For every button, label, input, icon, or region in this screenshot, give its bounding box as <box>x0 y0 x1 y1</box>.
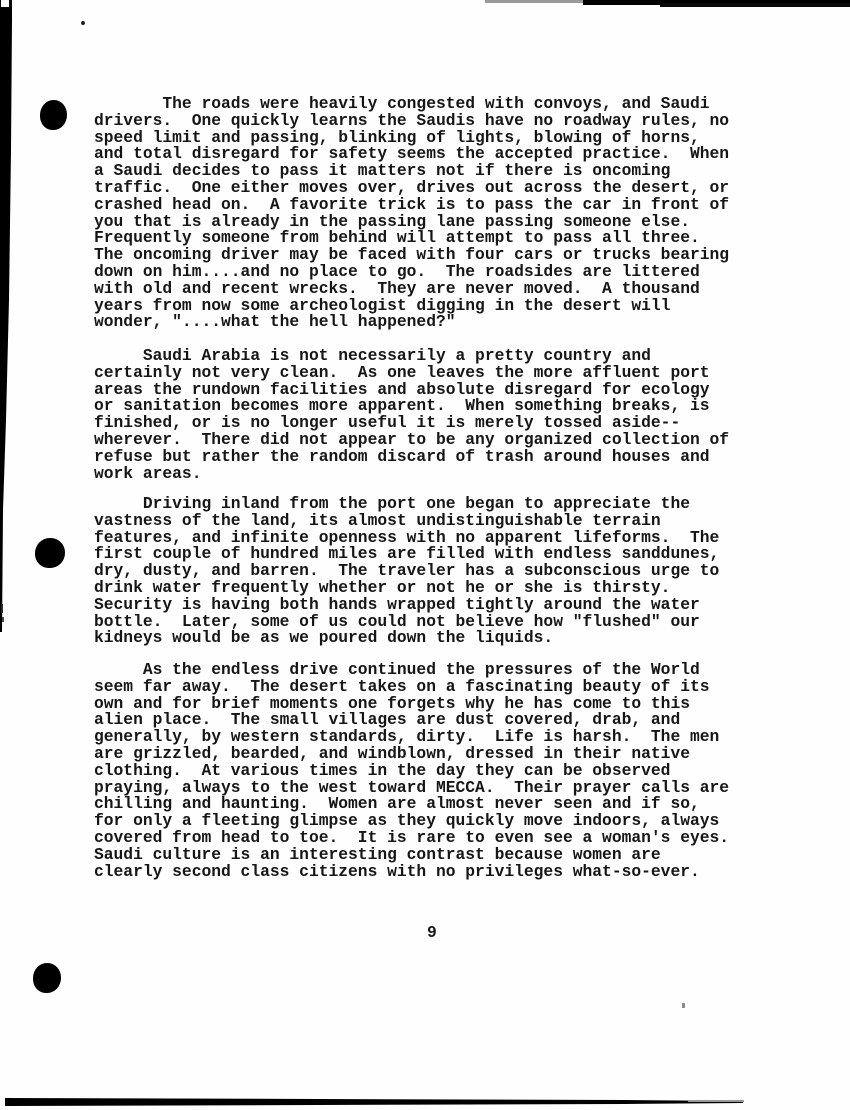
scan-artifact-left-dash <box>2 617 4 622</box>
scan-artifact-left-dash <box>1 604 3 613</box>
scan-artifact-bottom-edge-bar <box>5 1097 745 1107</box>
page-number: 9 <box>427 925 437 942</box>
paragraph-country-cleanliness: Saudi Arabia is not necessarily a pretty… <box>94 348 729 482</box>
paragraph-saudi-roads: The roads were heavily congested with co… <box>94 96 729 331</box>
hole-punch-dot-middle <box>35 538 65 568</box>
scan-artifact-bottom-edge-tail <box>688 1100 744 1102</box>
scan-artifact-left-edge-bar <box>0 0 12 632</box>
scanned-document-page: The roads were heavily congested with co… <box>0 0 850 1110</box>
scan-speck <box>682 1003 685 1008</box>
paragraph-driving-inland: Driving inland from the port one began t… <box>94 496 719 647</box>
scan-speck <box>81 21 85 25</box>
scan-artifact-top-edge-black <box>660 3 850 7</box>
paragraph-endless-drive: As the endless drive continued the press… <box>94 662 729 880</box>
scan-artifact-top-edge-gray <box>485 0 595 3</box>
scan-artifact-left-notch <box>1 0 9 7</box>
hole-punch-dot-top <box>40 100 67 130</box>
hole-punch-dot-bottom <box>33 963 61 993</box>
